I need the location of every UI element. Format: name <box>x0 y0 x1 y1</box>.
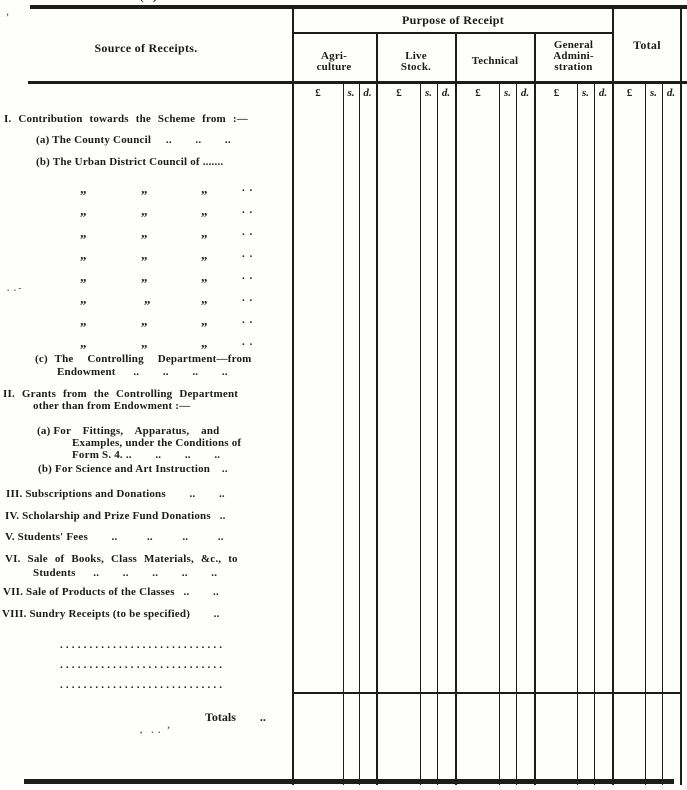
total-column-header: Total <box>614 39 680 52</box>
pence-header: d. <box>594 87 612 100</box>
row-ii-grants: II. Grants from the Controlling Departme… <box>3 388 238 400</box>
ditto-mark: „ <box>80 228 87 238</box>
ditto-mark: „ <box>201 184 208 194</box>
ditto-mark: „ <box>80 272 87 282</box>
purpose-of-receipt-header: Purpose of Receipt <box>292 14 614 27</box>
row-ic-endowment: Endowment .. .. .. .. <box>57 366 228 378</box>
row-iib-science-art: (b) For Science and Art Instruction .. <box>38 463 228 475</box>
pound-header: £ <box>614 87 645 100</box>
ditto-mark: „ <box>201 206 208 216</box>
column-line <box>645 84 646 785</box>
pence-header: d. <box>437 87 455 100</box>
shilling-header: s. <box>645 87 662 100</box>
scan-artifact: ’ <box>6 12 9 22</box>
row-vi-students: Students .. .. .. .. .. <box>33 567 217 579</box>
ditto-mark: „ <box>201 228 208 238</box>
ditto-mark: „ <box>80 338 87 348</box>
clipped-caption: TABLE (A) <box>95 0 157 3</box>
scan-artifact: , . . ’ <box>140 725 170 735</box>
pound-header: £ <box>457 87 499 100</box>
column-line <box>577 84 578 785</box>
fill-in-line: . . . . . . . . . . . . . . . . . . . . … <box>60 639 222 651</box>
leader-dots: . . <box>242 248 253 260</box>
ditto-mark: „ <box>141 250 148 260</box>
row-ia-county-council: (a) The County Council .. .. .. <box>36 134 231 146</box>
pence-header: d. <box>662 87 680 100</box>
row-v-students-fees: V. Students' Fees .. .. .. .. <box>5 531 224 543</box>
ditto-mark: „ <box>201 316 208 326</box>
ditto-mark: „ <box>141 272 148 282</box>
row-ib-urban-district: (b) The Urban District Council of ......… <box>36 156 223 168</box>
shilling-header: s. <box>499 87 516 100</box>
pound-header: £ <box>536 87 577 100</box>
totals-label: Totals .. <box>205 710 266 725</box>
pence-header: d. <box>516 87 534 100</box>
column-line <box>662 84 663 785</box>
shilling-header: s. <box>420 87 437 100</box>
row-iv-scholarship: IV. Scholarship and Prize Fund Donations… <box>5 510 226 522</box>
column-line <box>594 84 595 785</box>
ditto-mark: „ <box>80 250 87 260</box>
ditto-mark: „ <box>141 338 148 348</box>
shilling-header: s. <box>577 87 594 100</box>
pence-header: d. <box>359 87 376 100</box>
ditto-mark: „ <box>144 294 151 304</box>
group-divider-technical-administration <box>534 33 536 785</box>
row-vi-sale-of-books: VI. Sale of Books, Class Materials, &c.,… <box>5 553 238 565</box>
ditto-mark: „ <box>201 250 208 260</box>
general-administration-column-header: General Admini- stration <box>535 40 612 73</box>
source-of-receipts-header: Source of Receipts. <box>0 42 292 55</box>
ditto-mark: „ <box>141 184 148 194</box>
row-vii-sale-of-products: VII. Sale of Products of the Classes .. … <box>3 586 219 598</box>
totals-rule <box>294 692 682 694</box>
column-line <box>516 84 517 785</box>
row-iii-subscriptions: III. Subscriptions and Donations .. .. <box>6 488 225 500</box>
row-iia-fittings-line3: Form S. 4. .. .. .. .. <box>72 449 220 461</box>
ditto-mark: „ <box>201 294 208 304</box>
technical-column-header: Technical <box>456 56 534 67</box>
leader-dots: . . <box>242 182 253 194</box>
leader-dots: . . <box>242 204 253 216</box>
fill-in-line: . . . . . . . . . . . . . . . . . . . . … <box>60 659 222 671</box>
row-i-contribution: I. Contribution towards the Scheme from … <box>4 113 248 125</box>
row-viii-sundry-receipts: VIII. Sundry Receipts (to be specified) … <box>2 608 220 620</box>
ditto-mark: „ <box>201 272 208 282</box>
pound-header: £ <box>378 87 420 100</box>
column-line <box>343 84 344 785</box>
row-ii-grants-line2: other than from Endowment :— <box>33 400 190 412</box>
leader-dots: . . <box>242 270 253 282</box>
group-divider-agriculture-livestock <box>376 33 378 785</box>
ditto-mark: „ <box>80 294 87 304</box>
ditto-mark: „ <box>80 316 87 326</box>
scanned-form-page: TABLE (A) ’ . . - , . . ’ Source of Rece… <box>0 0 687 790</box>
leader-dots: . . <box>242 314 253 326</box>
row-iia-fittings-line2: Examples, under the Conditions of <box>72 437 241 449</box>
ditto-mark: „ <box>141 206 148 216</box>
ditto-mark: „ <box>141 228 148 238</box>
shilling-header: s. <box>343 87 359 100</box>
column-line <box>437 84 438 785</box>
ditto-mark: „ <box>201 338 208 348</box>
purpose-header-underline <box>292 32 614 34</box>
column-line <box>499 84 500 785</box>
fill-in-line: . . . . . . . . . . . . . . . . . . . . … <box>60 679 222 691</box>
live-stock-column-header: Live Stock. <box>377 51 455 73</box>
column-header-underline <box>28 81 687 84</box>
column-line <box>420 84 421 785</box>
table-border-right <box>680 5 682 785</box>
source-column-divider <box>292 5 294 785</box>
scan-artifact: . . - <box>7 283 21 293</box>
column-line <box>359 84 360 785</box>
row-iia-fittings: (a) For Fittings, Apparatus, and <box>37 425 220 437</box>
leader-dots: . . <box>242 336 253 348</box>
group-divider-livestock-technical <box>455 33 457 785</box>
leader-dots: . . <box>242 226 253 238</box>
table-border-top <box>30 5 687 9</box>
ditto-mark: „ <box>80 206 87 216</box>
leader-dots: . . <box>242 292 253 304</box>
ditto-mark: „ <box>80 184 87 194</box>
pound-header: £ <box>293 87 343 100</box>
total-column-divider <box>612 5 614 785</box>
ditto-mark: „ <box>141 316 148 326</box>
row-ic-controlling-department: (c) The Controlling Department—from <box>35 353 252 365</box>
agriculture-column-header: Agri- culture <box>292 51 376 73</box>
